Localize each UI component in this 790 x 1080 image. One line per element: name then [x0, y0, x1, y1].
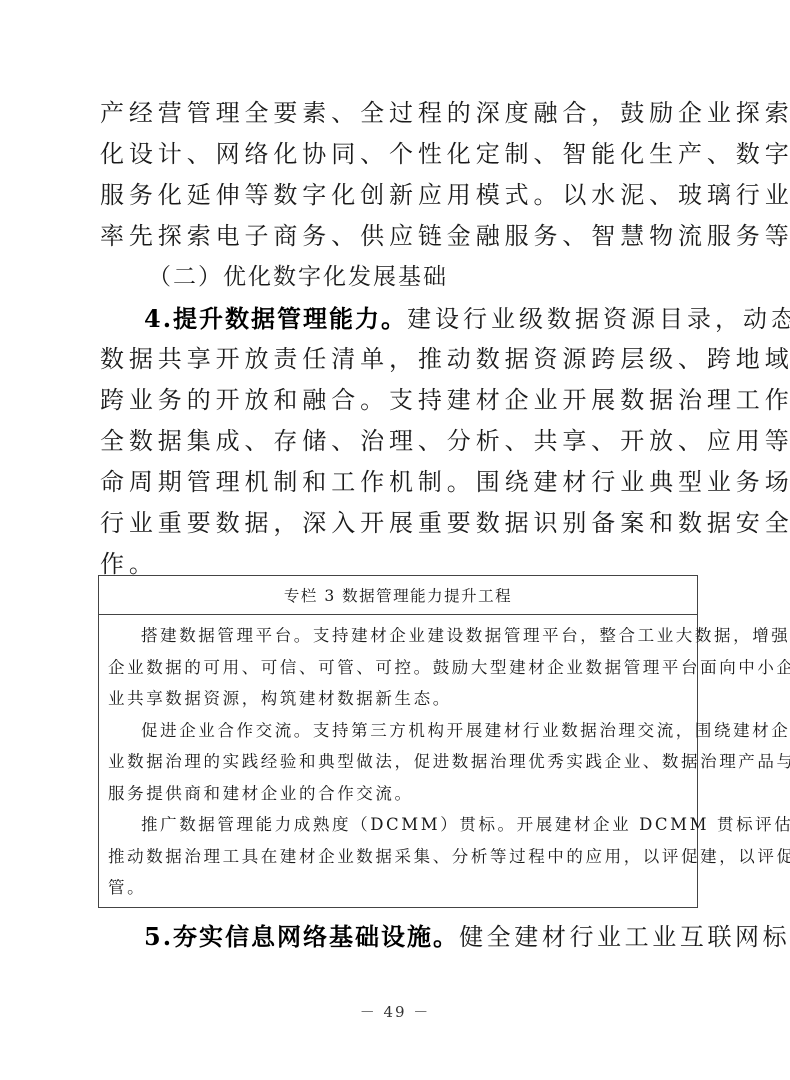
section-subheading: （二）优化数字化发展基础 [148, 257, 448, 298]
column-item: 搭建数据管理平台。支持建材企业建设数据管理平台，整合工业大数据，增强 企业数据的… [108, 620, 689, 715]
text-line: 全数据集成、存储、治理、分析、共享、开放、应用等数据全生 [100, 421, 704, 462]
section-4-paragraph: 4.提升数据管理能力。建设行业级数据资源目录，动态完善 数据共享开放责任清单，推… [100, 298, 704, 585]
text-line: 产经营管理全要素、全过程的深度融合，鼓励企业探索开展平台 [100, 93, 704, 134]
text-line: 搭建数据管理平台。支持建材企业建设数据管理平台，整合工业大数据，增强 [108, 620, 689, 652]
column-box-title: 专栏 3 数据管理能力提升工程 [99, 576, 697, 615]
text-line: 数据共享开放责任清单，推动数据资源跨层级、跨地域、跨系统、 [100, 339, 704, 380]
text-line: 促进企业合作交流。支持第三方机构开展建材行业数据治理交流，围绕建材企 [108, 715, 689, 747]
text-line: 4.提升数据管理能力。建设行业级数据资源目录，动态完善 [100, 298, 704, 339]
text-line: 企业数据的可用、可信、可管、可控。鼓励大型建材企业数据管理平台面向中小企 [108, 652, 689, 684]
column-box-body: 搭建数据管理平台。支持建材企业建设数据管理平台，整合工业大数据，增强 企业数据的… [99, 615, 697, 904]
text-line: 服务化延伸等数字化创新应用模式。以水泥、玻璃行业为试点， [100, 175, 704, 216]
section-4-title: 4.提升数据管理能力。 [144, 304, 407, 333]
section-5-title: 5.夯实信息网络基础设施。 [144, 922, 459, 951]
text-line: 行业重要数据，深入开展重要数据识别备案和数据安全防护工 [100, 503, 704, 544]
text-line: 业数据治理的实践经验和典型做法，促进数据治理优秀实践企业、数据治理产品与 [108, 746, 689, 778]
text-line: 跨业务的开放和融合。支持建材企业开展数据治理工作，建立健 [100, 380, 704, 421]
text-line: 化设计、网络化协同、个性化定制、智能化生产、数字化管理、 [100, 134, 704, 175]
column-box: 专栏 3 数据管理能力提升工程 搭建数据管理平台。支持建材企业建设数据管理平台，… [98, 575, 698, 908]
column-item: 促进企业合作交流。支持第三方机构开展建材行业数据治理交流，围绕建材企 业数据治理… [108, 715, 689, 810]
intro-paragraph: 产经营管理全要素、全过程的深度融合，鼓励企业探索开展平台 化设计、网络化协同、个… [100, 93, 704, 257]
section-5-paragraph: 5.夯实信息网络基础设施。健全建材行业工业互联网标识解 [144, 916, 790, 958]
section-5-text: 健全建材行业工业互联网标识解 [459, 923, 790, 951]
text-line: 服务提供商和建材企业的合作交流。 [108, 778, 689, 810]
text-line: 率先探索电子商务、供应链金融服务、智慧物流服务等新业态。 [100, 216, 704, 257]
column-item: 推广数据管理能力成熟度（DCMM）贯标。开展建材企业 DCMM 贯标评估， 推动… [108, 809, 689, 904]
page-number: － 49 － [0, 1001, 790, 1022]
text-line: 命周期管理机制和工作机制。围绕建材行业典型业务场景，聚焦 [100, 462, 704, 503]
text-line: 推广数据管理能力成熟度（DCMM）贯标。开展建材企业 DCMM 贯标评估， [108, 809, 689, 841]
text-line: 管。 [108, 872, 689, 904]
text-line: 业共享数据资源，构筑建材数据新生态。 [108, 683, 689, 715]
section-4-text: 建设行业级数据资源目录，动态完善 [407, 305, 790, 333]
text-line: 推动数据治理工具在建材企业数据采集、分析等过程中的应用，以评促建，以评促 [108, 841, 689, 873]
